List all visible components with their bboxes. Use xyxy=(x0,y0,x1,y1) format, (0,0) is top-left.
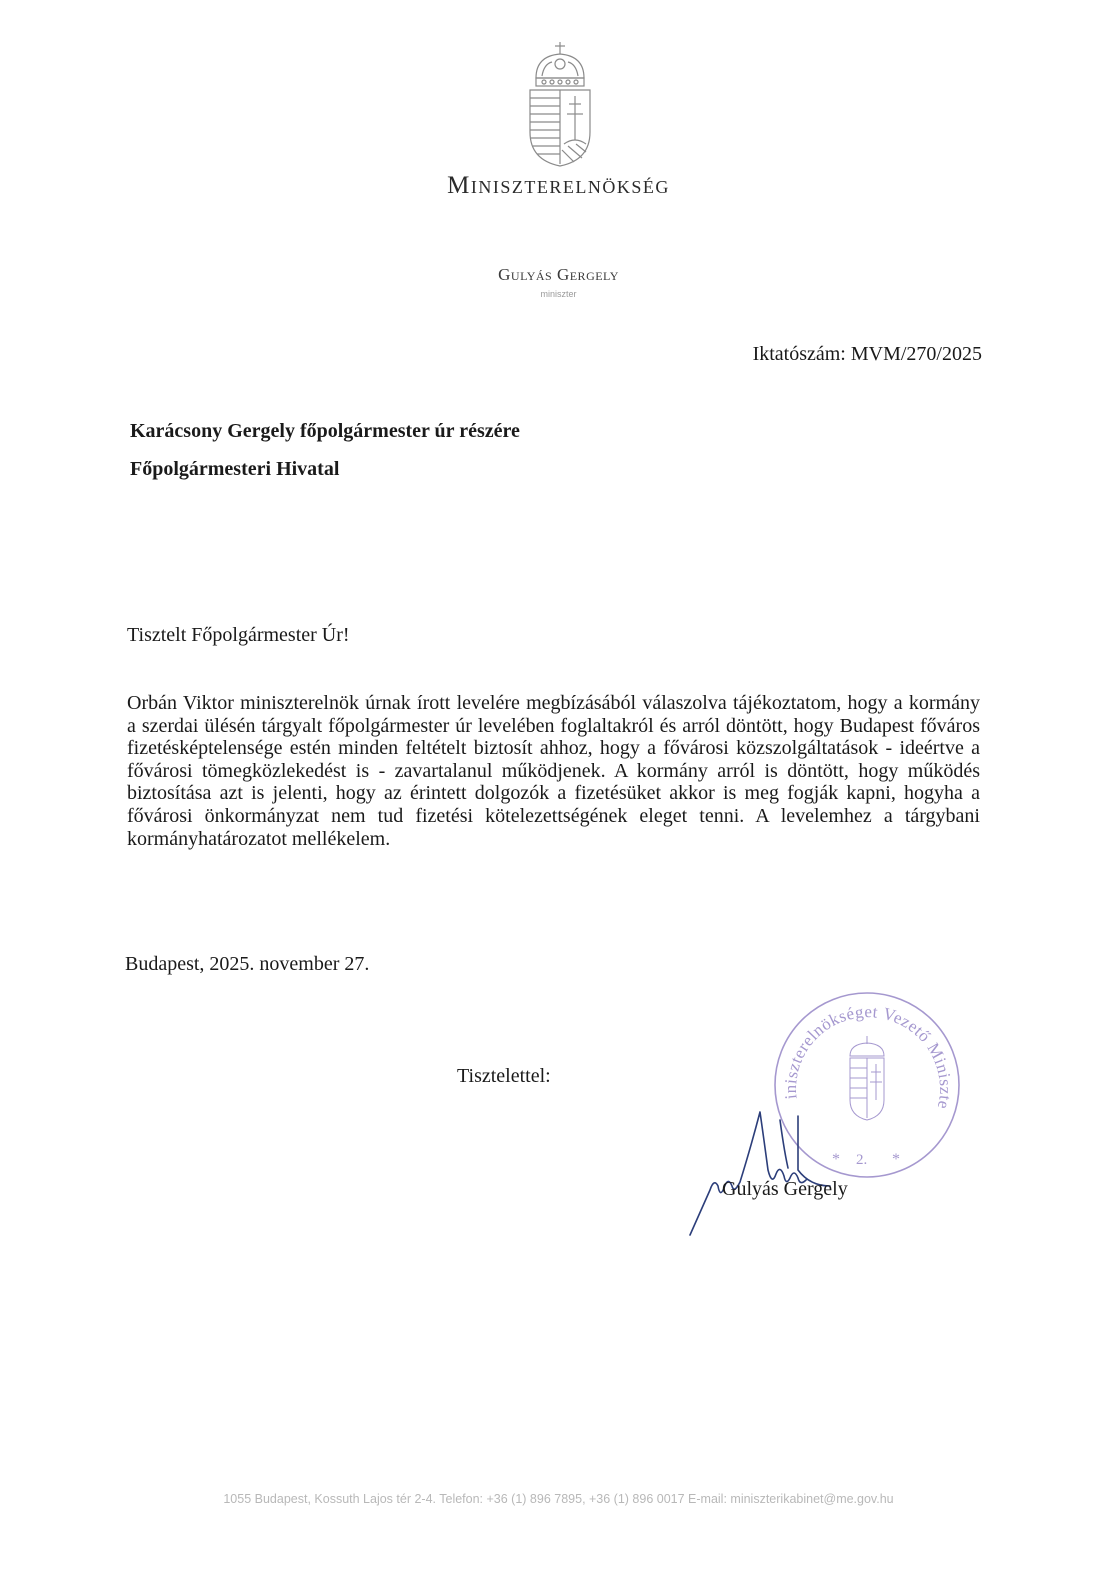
coat-of-arms-icon xyxy=(522,40,598,168)
salutation: Tisztelt Főpolgármester Úr! xyxy=(127,624,350,647)
organization-name: Miniszterelnökség xyxy=(0,172,1117,200)
letter-body: Orbán Viktor miniszterelnök úrnak írott … xyxy=(127,692,980,850)
reference-number: Iktatószám: MVM/270/2025 xyxy=(753,343,982,366)
footer-contact: 1055 Budapest, Kossuth Lajos tér 2-4. Te… xyxy=(0,1492,1117,1506)
svg-text:*: * xyxy=(892,1151,900,1168)
minister-role: miniszter xyxy=(0,289,1117,299)
closing: Tisztelettel: xyxy=(457,1065,551,1088)
recipient-name: Karácsony Gergely főpolgármester úr rész… xyxy=(130,420,520,443)
handwritten-signature xyxy=(680,1090,860,1240)
minister-name: Gulyás Gergely xyxy=(0,265,1117,285)
recipient-office: Főpolgármesteri Hivatal xyxy=(130,458,339,481)
place-date: Budapest, 2025. november 27. xyxy=(125,953,369,976)
signer-name: Gulyás Gergely xyxy=(722,1178,848,1201)
